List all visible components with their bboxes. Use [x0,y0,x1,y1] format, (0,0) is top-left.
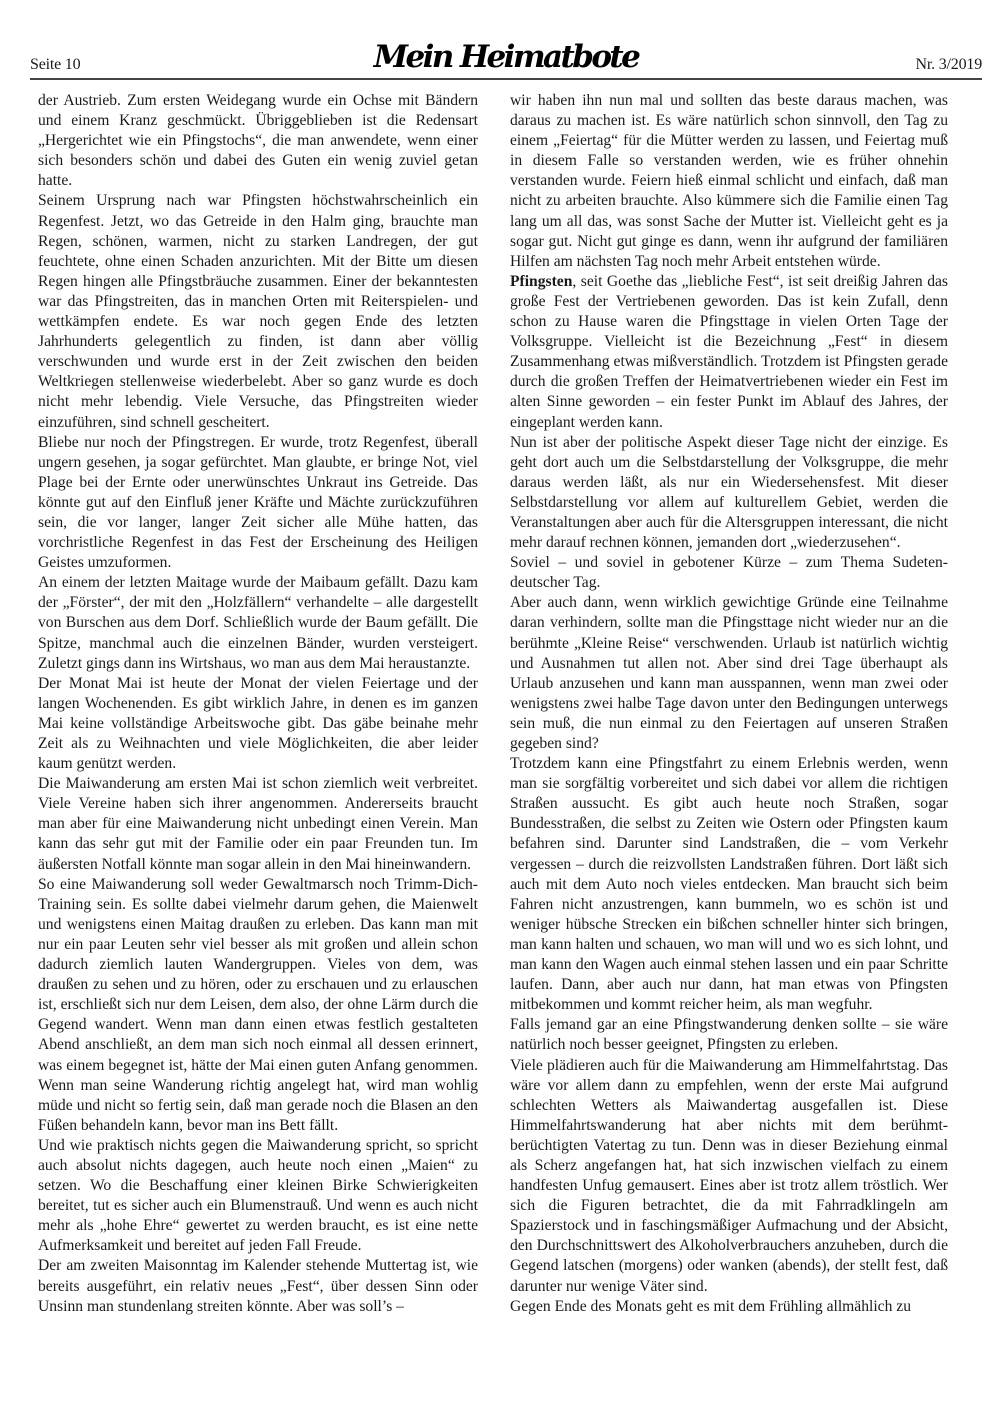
issue-number: Nr. 3/2019 [916,56,982,74]
paragraph-text: , seit Goethe das „liebliche Fest“, ist … [510,273,948,431]
paragraph: Soviel – und soviel in gebotener Kürze –… [510,553,948,593]
paragraph-text: Gegen Ende des Monats geht es mit dem Fr… [510,1298,911,1315]
paragraph-text: Viele plädieren auch für die Maiwanderun… [510,1057,948,1295]
paragraph-text: Soviel – und soviel in gebotener Kürze –… [510,554,948,591]
paragraph: Nun ist aber der politische Aspekt diese… [510,433,948,554]
masthead-logo: Mein Heimatbote [374,39,639,75]
paragraph: Und wie praktisch nichts gegen die Maiwa… [38,1136,478,1257]
paragraph-text: Nun ist aber der politische Aspekt diese… [510,434,948,551]
paragraph: Die Maiwanderung am ersten Mai ist schon… [38,774,478,874]
paragraph-text: wir haben ihn nun mal und sollten das be… [510,92,948,270]
bold-lead-word: Pfingsten [510,273,572,290]
paragraph: Viele plädieren auch für die Maiwanderun… [510,1056,948,1297]
paragraph: So eine Maiwanderung soll weder Gewaltma… [38,875,478,1136]
paragraph-text: Falls jemand gar an eine Pfingstwanderun… [510,1016,948,1053]
paragraph: Der am zweiten Maisonntag im Kalender st… [38,1256,478,1316]
left-column: der Austrieb. Zum ersten Weidegang wurde… [38,91,478,1317]
paragraph-text: Trotzdem kann eine Pfingstfahrt zu einem… [510,755,948,1013]
paragraph: Seinem Ursprung nach war Pfingsten höchs… [38,191,478,432]
page-number: Seite 10 [30,56,80,74]
paragraph: Trotzdem kann eine Pfingstfahrt zu einem… [510,754,948,1015]
paragraph: Gegen Ende des Monats geht es mit dem Fr… [510,1297,948,1317]
paragraph-text: Aber auch dann, wenn wirklich gewichtige… [510,594,948,752]
paragraph: Falls jemand gar an eine Pfingstwanderun… [510,1015,948,1055]
right-column: wir haben ihn nun mal und sollten das be… [510,91,948,1317]
paragraph: Pfingsten, seit Goethe das „liebliche Fe… [510,272,948,433]
paragraph: der Austrieb. Zum ersten Weidegang wurde… [38,91,478,191]
paragraph: Bliebe nur noch der Pfingstregen. Er wur… [38,433,478,574]
paragraph: wir haben ihn nun mal und sollten das be… [510,91,948,272]
paragraph: Der Monat Mai ist heute der Monat der vi… [38,674,478,774]
paragraph: Aber auch dann, wenn wirklich gewichtige… [510,593,948,754]
page-header: Seite 10 Mein Heimatbote Nr. 3/2019 [30,40,982,80]
paragraph: An einem der letzten Maitage wurde der M… [38,573,478,673]
